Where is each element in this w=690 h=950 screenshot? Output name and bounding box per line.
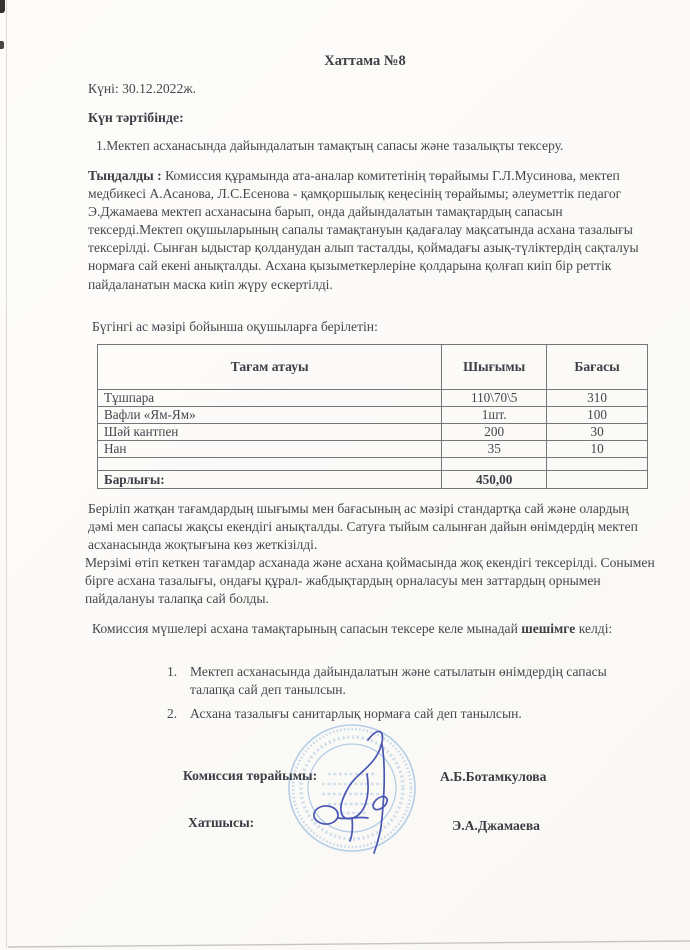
- price-cell: 100: [547, 407, 648, 424]
- output-cell: 1шт.: [442, 407, 547, 424]
- decision-item-text: Мектеп асханасында дайындалатын және сат…: [190, 663, 629, 700]
- decision-text: Комиссия мүшелері асхана тамақтарының са…: [92, 621, 521, 636]
- output-cell: [442, 458, 547, 471]
- decision-list: 1. Мектеп асханасында дайындалатын және …: [167, 663, 629, 728]
- output-cell: 200: [442, 424, 547, 441]
- signature-name: Э.А.Джамаева: [452, 818, 540, 834]
- table-empty-row: [98, 458, 648, 471]
- price-cell: 310: [547, 390, 648, 407]
- signature-ink: [314, 731, 387, 853]
- table-row: Шәй кантпен 200 30: [98, 424, 648, 441]
- output-cell: 110\70\5: [442, 390, 547, 407]
- table-header-row: Тағам атауы Шығымы Бағасы: [98, 345, 648, 390]
- decision-text-tail: келді:: [575, 621, 612, 636]
- table-total-row: Барлығы: 450,00: [98, 471, 648, 489]
- dish-cell: Нан: [98, 441, 442, 458]
- heard-body: Комиссия құрамында ата-аналар комитетіні…: [88, 168, 639, 292]
- table-row: Нан 35 10: [98, 441, 648, 458]
- decision-number: 1.: [167, 663, 190, 700]
- date-line: Күні: 30.12.2022ж.: [88, 81, 196, 97]
- dish-cell: Вафли «Ям-Ям»: [98, 407, 442, 424]
- page-title: Хаттама №8: [40, 53, 690, 70]
- agenda-item: 1.Мектеп асханасында дайындалатын тамақт…: [96, 138, 563, 154]
- quality-paragraph: Беріліп жатқан тағамдардың шығымы мен ба…: [88, 500, 654, 554]
- header-price: Бағасы: [547, 345, 648, 390]
- total-value-cell: 450,00: [442, 471, 547, 489]
- signature-label: Хатшысы:: [188, 815, 254, 831]
- round-stamp: [284, 720, 424, 860]
- expired-paragraph: Мерзімі өтіп кеткен тағамдар асханада жә…: [85, 554, 659, 608]
- header-dish: Тағам атауы: [98, 345, 442, 390]
- total-price-cell: [547, 471, 648, 489]
- dish-cell: Шәй кантпен: [98, 424, 442, 441]
- decision-item: 1. Мектеп асханасында дайындалатын және …: [167, 663, 629, 700]
- signature-name: А.Б.Ботамкулова: [440, 769, 546, 785]
- header-output: Шығымы: [442, 345, 547, 390]
- signature-label: Комиссия төрайымы:: [183, 768, 317, 784]
- agenda-heading: Күн тәртібінде:: [88, 110, 184, 126]
- dish-cell: Тұшпара: [98, 390, 442, 407]
- price-cell: 30: [547, 424, 648, 441]
- decision-number: 2.: [167, 705, 190, 723]
- heard-paragraph: Тыңдалды : Комиссия құрамында ата-аналар…: [88, 167, 645, 294]
- menu-table: Тағам атауы Шығымы Бағасы Тұшпара 110\70…: [97, 344, 648, 489]
- output-cell: 35: [442, 441, 547, 458]
- table-row: Тұшпара 110\70\5 310: [98, 390, 648, 407]
- scanned-protocol-page: Хаттама №8 Күні: 30.12.2022ж. Күн тәртіб…: [0, 0, 690, 950]
- table-row: Вафли «Ям-Ям» 1шт. 100: [98, 407, 648, 424]
- total-label-cell: Барлығы:: [98, 471, 442, 489]
- menu-intro: Бүгінгі ас мәзірі бойынша оқушыларға бер…: [92, 319, 378, 335]
- dish-cell: [98, 458, 442, 471]
- heard-label: Тыңдалды :: [88, 168, 162, 183]
- price-cell: 10: [547, 441, 648, 458]
- price-cell: [547, 458, 648, 471]
- decision-keyword: шешімге: [521, 621, 575, 636]
- decision-paragraph: Комиссия мүшелері асхана тамақтарының са…: [92, 620, 645, 638]
